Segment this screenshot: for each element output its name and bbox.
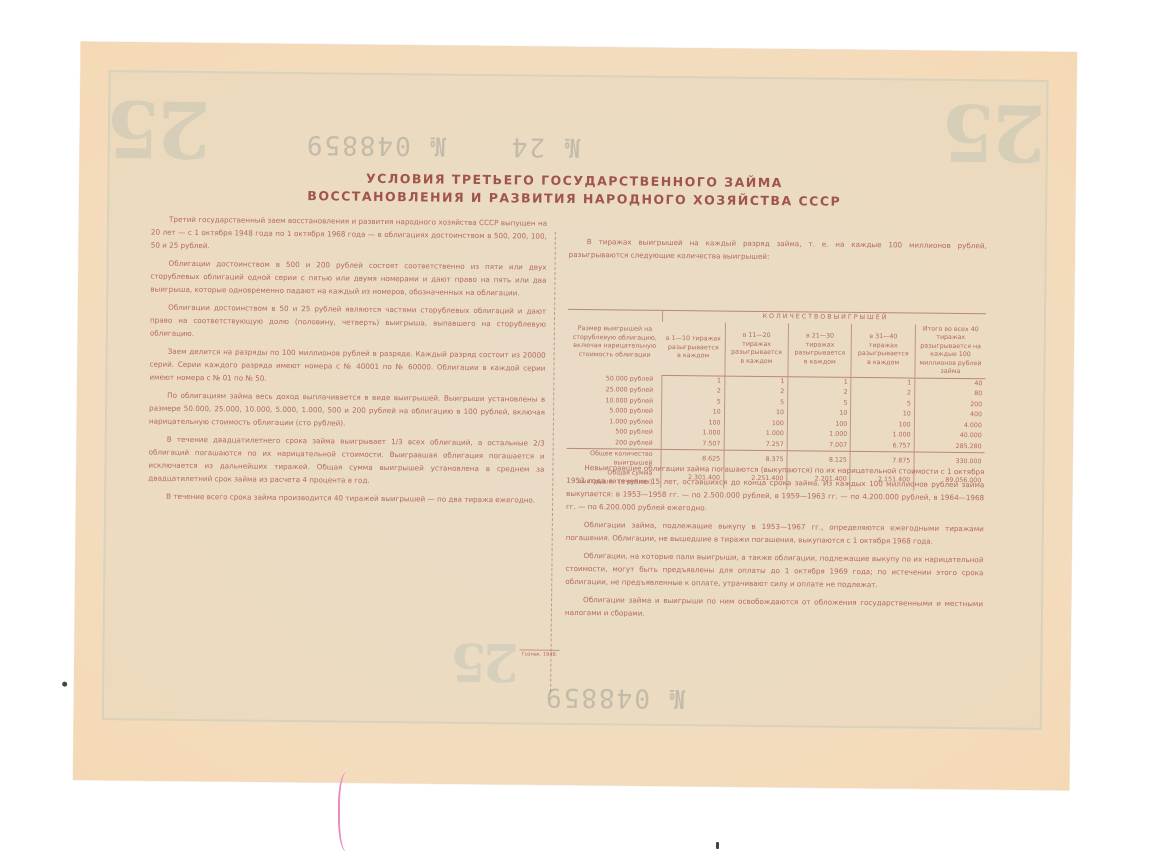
paragraph: По облигациям займа весь доход выплачива… (149, 389, 545, 432)
table-cell: 1 (662, 375, 725, 387)
ghost-denomination-right: 25 (945, 86, 1046, 178)
table-cell: 10 (788, 408, 851, 419)
table-cell: 200 (914, 399, 985, 410)
ghost-series-top: № 24 (510, 131, 581, 162)
printer-mark: Гознак. 1948. (519, 649, 559, 657)
table-column-header: в 1—10 тиражах разыгрывается в каждом (662, 321, 725, 375)
table-cell: 10 (661, 407, 724, 418)
table-cell: 400 (914, 410, 985, 421)
paragraph: Невыигравшие облигации займа погашаются … (566, 461, 985, 517)
table-cell: 5 (851, 398, 914, 409)
table-row-header: Размер выигрышей на сторублевую облигаци… (567, 309, 662, 374)
table-cell: 100 (661, 417, 724, 428)
table-cell: 40 (915, 378, 986, 390)
table-cell: 5 (788, 398, 851, 409)
ghost-serial-bottom: № 048859 (544, 682, 686, 713)
table-cell: 6.757 (851, 440, 914, 452)
paragraph: В течение двадцатилетнего срока займа вы… (148, 433, 545, 489)
paragraph: Облигации, на которые пали выигрыши, а т… (565, 549, 983, 592)
paragraph: Облигации достоинством в 500 и 200 рубле… (150, 257, 546, 300)
left-column: Третий государственный заем восстановлен… (148, 213, 547, 512)
table-cell: 2 (788, 387, 851, 398)
table-cell: 1 (724, 376, 787, 388)
table-cell: 2 (724, 387, 787, 398)
table-cell: 7.507 (661, 438, 724, 450)
table-cell: 5 (724, 397, 787, 408)
table-cell: 1.000 (661, 428, 724, 439)
table-cell: 100 (724, 418, 787, 429)
table-cell: 7.007 (787, 440, 850, 452)
table-cell: 1.000 (851, 430, 914, 441)
pink-stroke-mark (338, 772, 360, 851)
table-cell: 4.000 (914, 420, 985, 431)
paragraph: Облигации достоинством в 50 и 25 рублей … (150, 301, 546, 344)
paragraph: Заем делится на разряды по 100 миллионов… (149, 345, 545, 388)
table-cell: 2 (662, 386, 725, 397)
table-cell: 1 (851, 377, 914, 389)
paragraph: Облигации займа, подлежащие выкупу в 195… (566, 518, 984, 548)
table-cell: 10 (851, 409, 914, 420)
table-cell: 100 (787, 419, 850, 430)
table-cell: 2 (851, 388, 914, 399)
ghost-denomination-bottom: 25 (454, 631, 519, 693)
ink-speck (62, 682, 67, 687)
right-column: Невыигравшие облигации займа погашаются … (565, 461, 985, 628)
right-intro: В тиражах выигрышей на каждый разряд зай… (569, 235, 987, 270)
paragraph: В тиражах выигрышей на каждый разряд зай… (569, 235, 987, 265)
table-column-header: в 11—20 тиражах разыгрывается в каждом (725, 322, 789, 376)
table-cell: 1 (788, 376, 851, 388)
dark-speck (716, 842, 719, 849)
paragraph: Облигации займа и выигрыши по ним освобо… (565, 593, 983, 623)
table-cell: 100 (851, 419, 914, 430)
table-cell: 10 (724, 408, 787, 419)
table-cell: 40.000 (914, 431, 985, 442)
table-cell: 1.000 (787, 429, 850, 440)
paragraph: Третий государственный заем восстановлен… (151, 213, 547, 256)
table-cell: 285.280 (914, 441, 985, 453)
table-cell: 80 (914, 389, 985, 400)
table-column-header: в 21—30 тиражах разыгрывается в каждом (788, 323, 852, 377)
table-column-header: в 31—40 тиражах разыгрывается в каждом (851, 323, 915, 377)
ghost-serial-top: № 048859 (305, 129, 447, 160)
table-column-header: Итого во всех 40 тиражах разыгрывается н… (915, 324, 986, 378)
table-cell: 1.000 (724, 429, 787, 440)
paragraph: В течение всего срока займа производится… (148, 490, 544, 507)
table-cell: 7.257 (724, 439, 787, 451)
table-cell: 5 (662, 396, 725, 407)
ghost-denomination-left: 25 (110, 82, 211, 174)
bond-paper: 25 25 25 № 048859 № 24 № 048859 УСЛОВИЯ … (73, 42, 1077, 790)
